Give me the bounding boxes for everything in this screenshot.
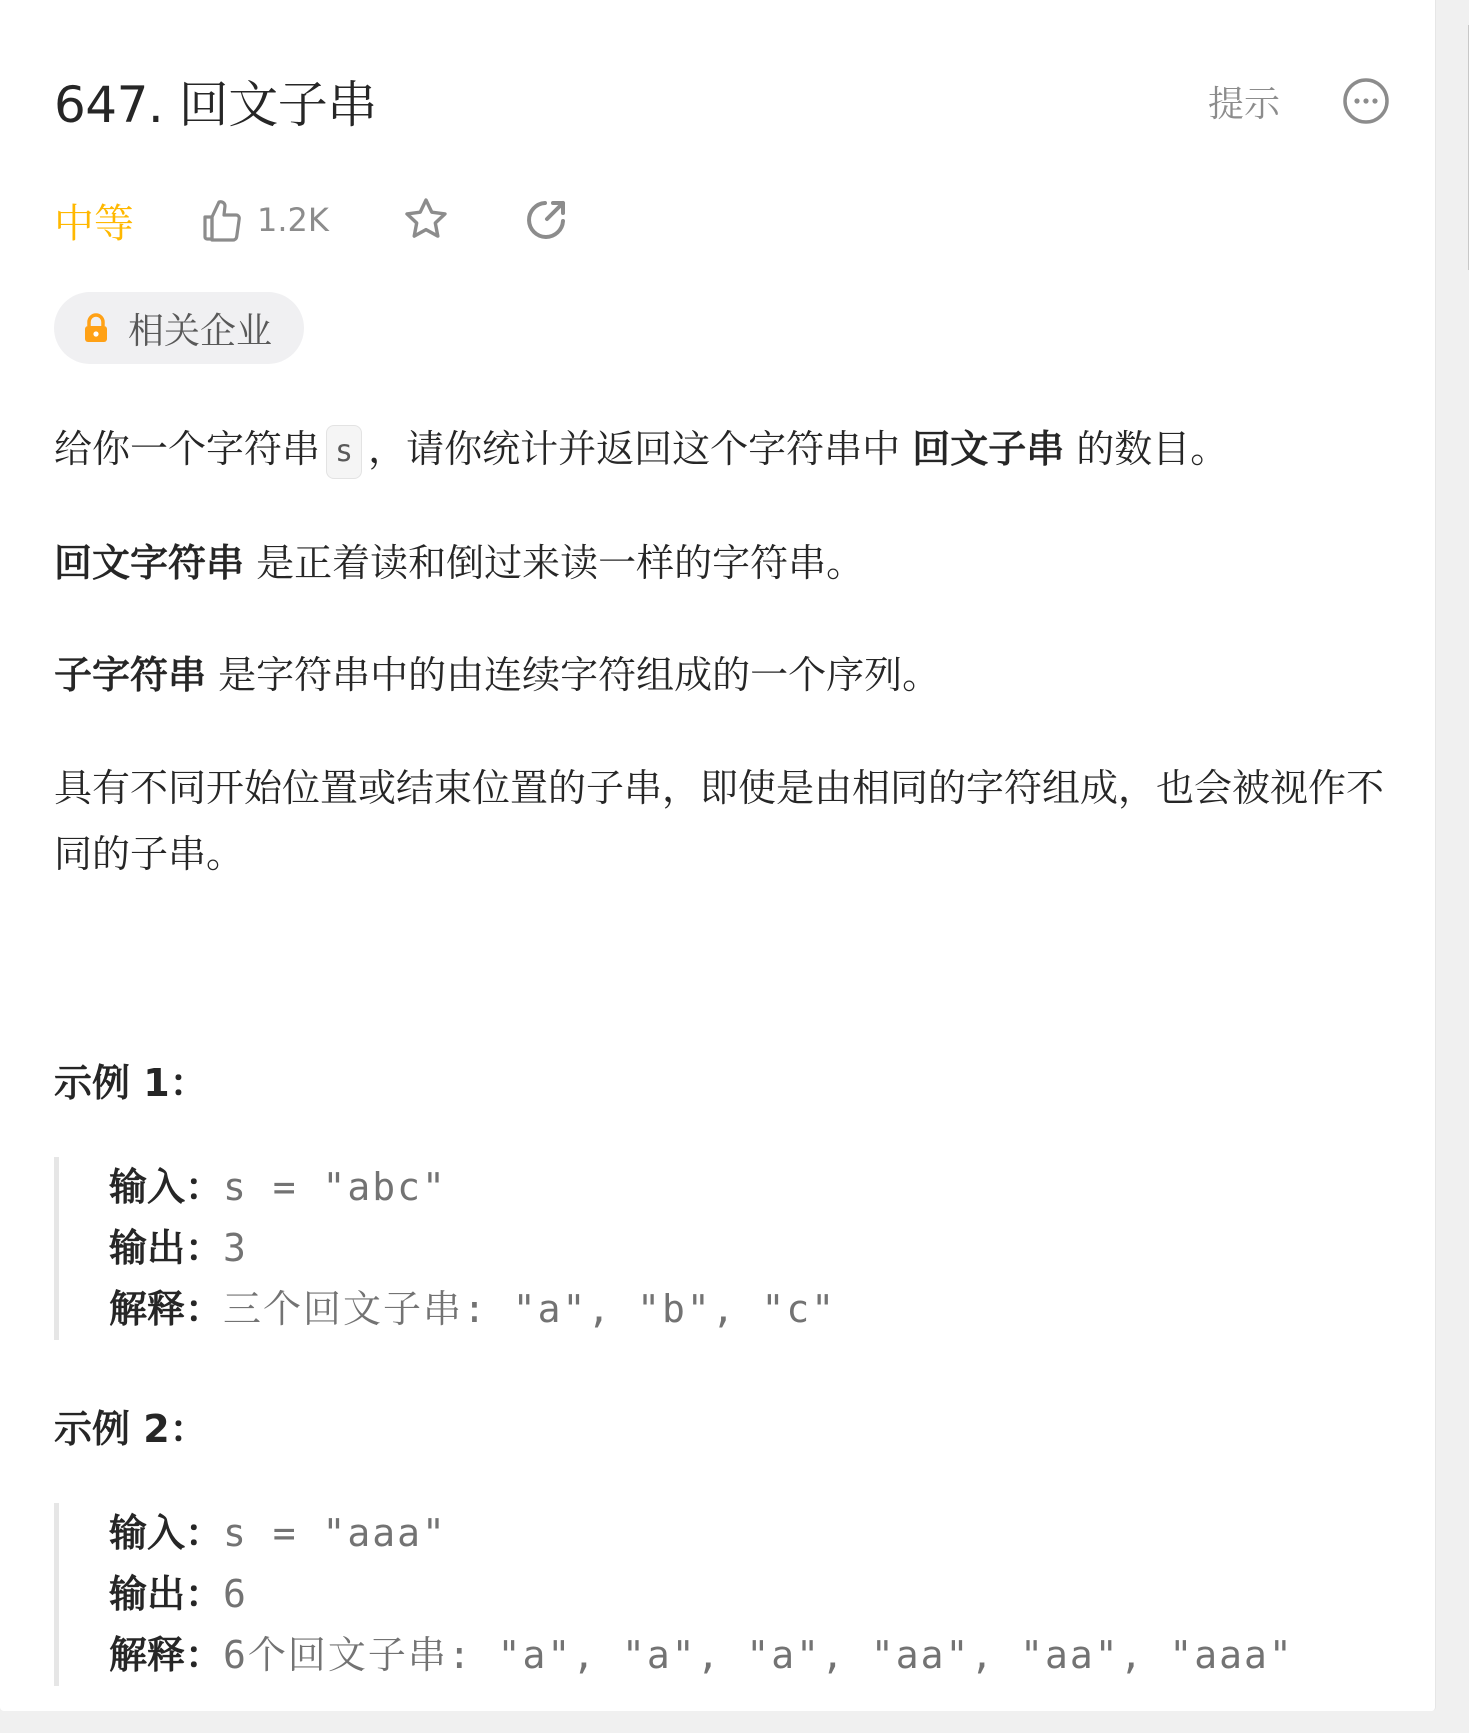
desc-text: 是正着读和倒过来读一样的字符串。 xyxy=(256,541,864,585)
example-1-explanation: 解释：三个回文子串: "a", "b", "c" xyxy=(109,1279,836,1340)
like-count: 1.2K xyxy=(257,201,329,239)
more-options-button[interactable] xyxy=(1342,77,1390,125)
problem-description-panel: 647. 回文子串 提示 中等 1.2K xyxy=(0,0,1436,1711)
example-1-block: 输入：s = "abc" 输出：3 解释：三个回文子串: "a", "b", "… xyxy=(54,1157,836,1340)
example-1-output: 输出：3 xyxy=(109,1218,836,1279)
description-paragraph-3: 子字符串 是字符串中的由连续字符组成的一个序列。 xyxy=(54,642,1394,708)
example-1-title: 示例 1： xyxy=(54,1052,208,1107)
desc-bold-term: 子字符串 xyxy=(54,653,206,697)
related-companies-label: 相关企业 xyxy=(128,303,272,354)
favorite-button[interactable] xyxy=(401,195,451,245)
description-paragraph-4: 具有不同开始位置或结束位置的子串，即使是由相同的字符组成，也会被视作不同的子串。 xyxy=(54,755,1394,887)
desc-bold-term: 回文字符串 xyxy=(54,541,244,585)
description-paragraph-2: 回文字符串 是正着读和倒过来读一样的字符串。 xyxy=(54,530,1394,596)
inline-code-s: s xyxy=(326,425,362,479)
star-icon xyxy=(401,195,451,245)
related-companies-tag[interactable]: 相关企业 xyxy=(54,292,304,364)
share-button[interactable] xyxy=(523,197,569,243)
share-icon xyxy=(523,197,569,243)
description-paragraph-1: 给你一个字符串s，请你统计并返回这个字符串中 回文子串 的数目。 xyxy=(54,416,1394,482)
example-2-input: 输入：s = "aaa" xyxy=(109,1503,1294,1564)
like-button[interactable]: 1.2K xyxy=(199,197,329,243)
example-1-input: 输入：s = "abc" xyxy=(109,1157,836,1218)
desc-bold-term: 回文子串 xyxy=(912,427,1064,471)
problem-meta-row: 中等 1.2K xyxy=(54,190,569,250)
example-2-block: 输入：s = "aaa" 输出：6 解释：6个回文子串: "a", "a", "… xyxy=(54,1503,1294,1686)
hint-button[interactable]: 提示 xyxy=(1208,80,1280,130)
desc-text: 的数目。 xyxy=(1076,427,1228,471)
example-2-explanation: 解释：6个回文子串: "a", "a", "a", "aa", "aa", "a… xyxy=(109,1625,1294,1686)
desc-text: 是字符串中的由连续字符组成的一个序列。 xyxy=(218,653,940,697)
example-2-output: 输出：6 xyxy=(109,1564,1294,1625)
desc-text: ，请你统计并返回这个字符串中 xyxy=(368,427,900,471)
desc-text: 给你一个字符串 xyxy=(54,427,320,471)
difficulty-badge: 中等 xyxy=(54,192,134,249)
problem-title: 647. 回文子串 xyxy=(54,70,377,140)
lock-icon xyxy=(82,313,110,343)
more-horizontal-icon xyxy=(1342,77,1390,125)
example-2-title: 示例 2： xyxy=(54,1398,208,1453)
thumbs-up-icon xyxy=(199,197,245,243)
